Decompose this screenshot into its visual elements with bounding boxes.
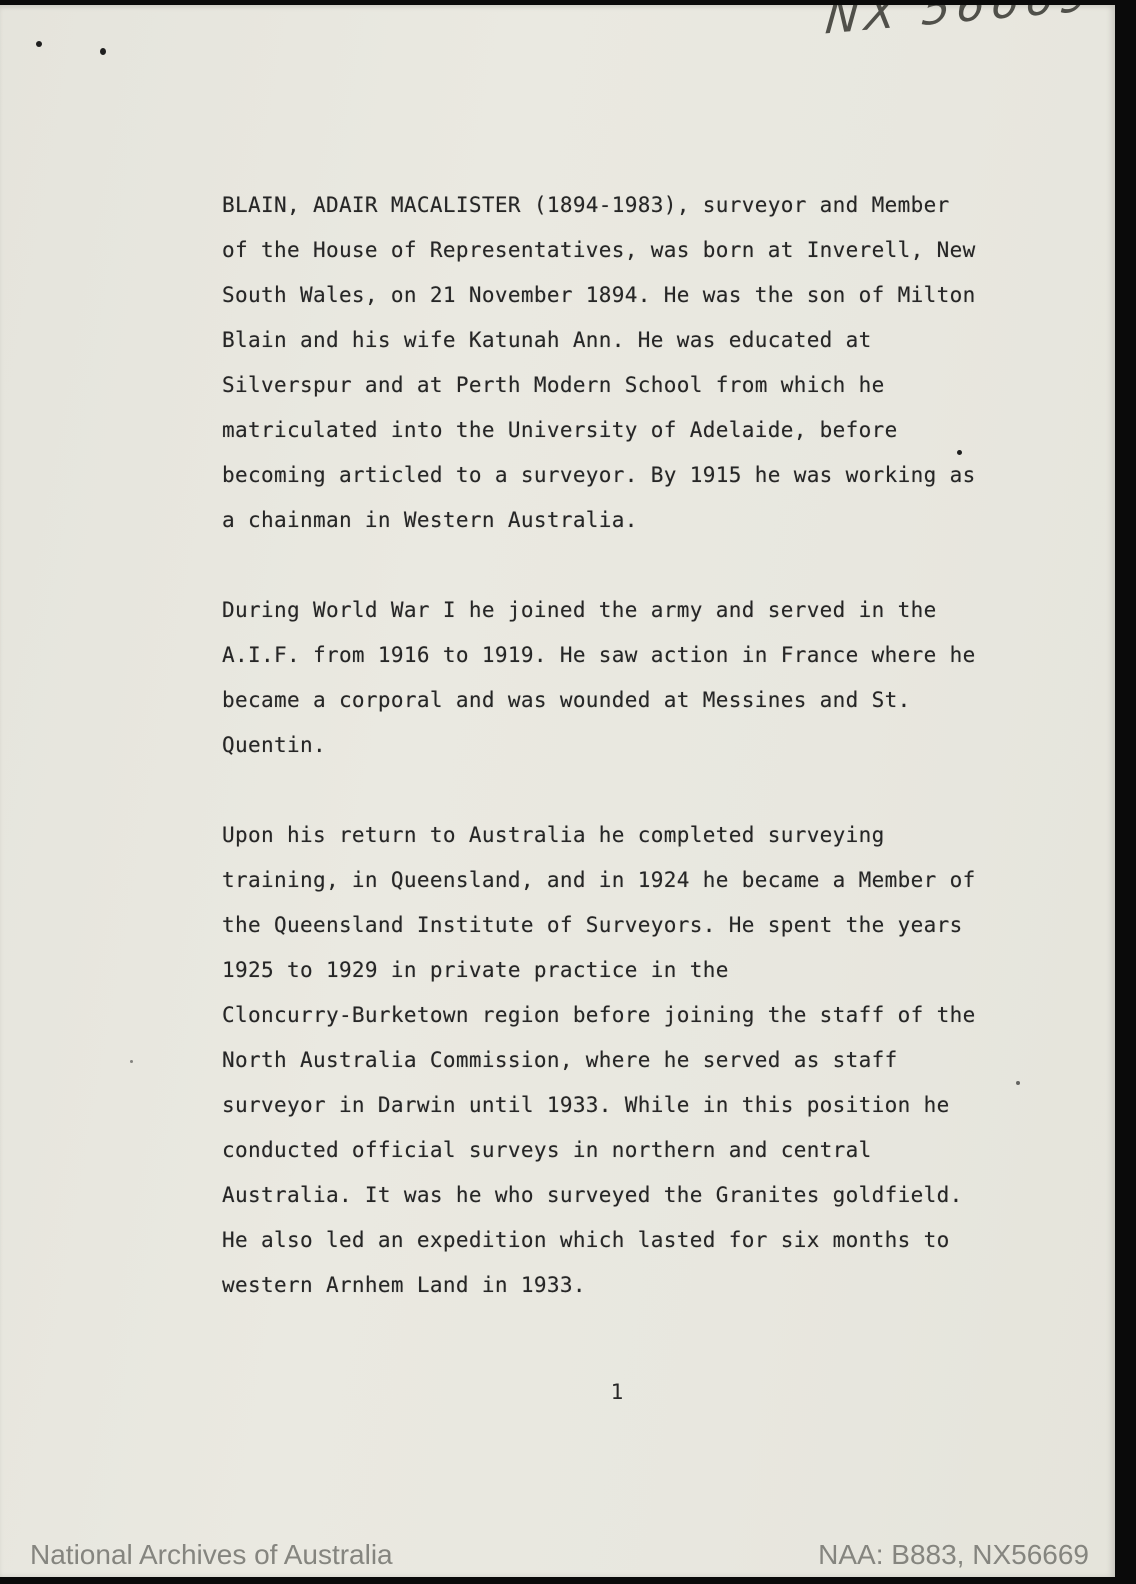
typed-line: matriculated into the University of Adel… bbox=[222, 408, 1022, 453]
ink-speck bbox=[1016, 1081, 1020, 1085]
typed-line: Silverspur and at Perth Modern School fr… bbox=[222, 363, 1022, 408]
paragraph-gap bbox=[222, 543, 1022, 588]
typed-line: A.I.F. from 1916 to 1919. He saw action … bbox=[222, 633, 1022, 678]
paragraph-gap bbox=[222, 768, 1022, 813]
typed-line: Quentin. bbox=[222, 723, 1022, 768]
archive-watermark-reference: NAA: B883, NX56669 bbox=[818, 1538, 1089, 1571]
handwritten-reference-number: NX 56669 bbox=[823, 5, 1097, 45]
typed-line: surveyor in Darwin until 1933. While in … bbox=[222, 1083, 1022, 1128]
typed-line: He also led an expedition which lasted f… bbox=[222, 1218, 1022, 1263]
typed-line: the Queensland Institute of Surveyors. H… bbox=[222, 903, 1022, 948]
typed-line: North Australia Commission, where he ser… bbox=[222, 1038, 1022, 1083]
typed-line: 1925 to 1929 in private practice in the bbox=[222, 948, 1022, 993]
scan-background: NX 56669 BLAIN, ADAIR MACALISTER (1894-1… bbox=[0, 0, 1136, 1584]
typed-line: Blain and his wife Katunah Ann. He was e… bbox=[222, 318, 1022, 363]
ink-speck bbox=[957, 450, 962, 455]
typed-line: western Arnhem Land in 1933. bbox=[222, 1263, 1022, 1308]
typed-line: became a corporal and was wounded at Mes… bbox=[222, 678, 1022, 723]
ink-speck bbox=[36, 41, 42, 47]
ink-speck bbox=[130, 1060, 133, 1063]
typed-line: a chainman in Western Australia. bbox=[222, 498, 1022, 543]
typed-line: BLAIN, ADAIR MACALISTER (1894-1983), sur… bbox=[222, 183, 1022, 228]
page-number: 1 bbox=[222, 1378, 1012, 1406]
archive-watermark-name: National Archives of Australia bbox=[30, 1538, 393, 1571]
typed-line: of the House of Representatives, was bor… bbox=[222, 228, 1022, 273]
typed-line: Cloncurry-Burketown region before joinin… bbox=[222, 993, 1022, 1038]
typed-line: training, in Queensland, and in 1924 he … bbox=[222, 858, 1022, 903]
document-page: NX 56669 BLAIN, ADAIR MACALISTER (1894-1… bbox=[0, 5, 1115, 1577]
typed-line: South Wales, on 21 November 1894. He was… bbox=[222, 273, 1022, 318]
typed-text-body: BLAIN, ADAIR MACALISTER (1894-1983), sur… bbox=[222, 183, 1022, 1308]
typed-line: becoming articled to a surveyor. By 1915… bbox=[222, 453, 1022, 498]
typed-line: During World War I he joined the army an… bbox=[222, 588, 1022, 633]
typed-line: Upon his return to Australia he complete… bbox=[222, 813, 1022, 858]
typed-line: Australia. It was he who surveyed the Gr… bbox=[222, 1173, 1022, 1218]
ink-speck bbox=[100, 48, 106, 55]
typed-line: conducted official surveys in northern a… bbox=[222, 1128, 1022, 1173]
